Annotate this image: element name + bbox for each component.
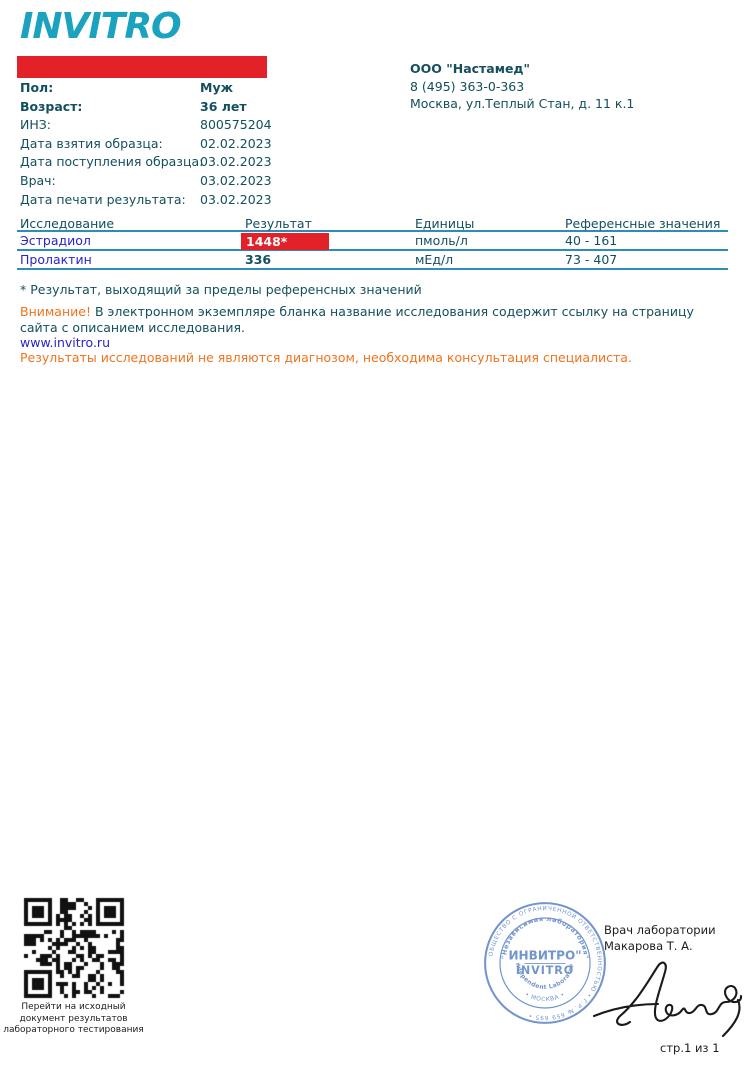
qr-caption-line: лабораторного тестирования (0, 1025, 147, 1037)
page-number: стр.1 из 1 (660, 1041, 720, 1055)
stamp-moscow-text: • МОСКВА • (524, 991, 567, 1003)
units-cell: мЕд/л (415, 252, 453, 267)
patient-row-print-date: Дата печати результата: 03.02.2023 (20, 192, 400, 211)
patient-info: Пол: Муж Возраст: 36 лет ИНЗ: 800575204 … (20, 80, 400, 210)
disclaimer-text: Результаты исследований не являются диаг… (20, 350, 632, 365)
stamp-center-invitro-en: INVITRO (516, 964, 574, 977)
table-header-row: Исследование Результат Единицы Референсн… (17, 215, 728, 232)
doctor-name: Макарова Т. А. (604, 939, 716, 955)
qr-caption: Перейти на исходный документ результатов… (0, 1002, 147, 1037)
reference-cell: 40 - 161 (565, 233, 617, 248)
table-row: Эстрадиол 1448* пмоль/л 40 - 161 (17, 232, 728, 251)
attention-label: Внимание! (20, 304, 91, 319)
qr-code-image (22, 896, 125, 999)
org-info: ООО "Настамед" 8 (495) 363-0-363 Москва,… (410, 60, 634, 113)
doctor-signature (592, 958, 745, 1043)
attention-paragraph: Внимание!В электронном экземпляре бланка… (20, 304, 732, 351)
header-reference: Референсные значения (565, 216, 720, 231)
test-name-link[interactable]: Эстрадиол (20, 233, 91, 248)
doctor-role: Врач лаборатории (604, 923, 716, 939)
result-cell: 336 (245, 252, 271, 267)
invitro-site-link[interactable]: www.invitro.ru (20, 335, 732, 351)
patient-row-inz: ИНЗ: 800575204 (20, 117, 400, 136)
doctor-block: Врач лаборатории Макарова Т. А. (604, 923, 716, 954)
results-table: Исследование Результат Единицы Референсн… (17, 215, 728, 270)
field-value: 03.02.2023 (200, 192, 272, 207)
field-value: 02.02.2023 (200, 136, 272, 151)
field-label: Дата взятия образца: (20, 136, 163, 151)
patient-row-doctor: Врач: 03.02.2023 (20, 173, 400, 192)
field-value: 36 лет (200, 99, 247, 114)
patient-row-age: Возраст: 36 лет (20, 99, 400, 118)
org-phone: 8 (495) 363-0-363 (410, 78, 634, 96)
qr-caption-line: Перейти на исходный (0, 1002, 147, 1014)
field-value: 03.02.2023 (200, 173, 272, 188)
result-out-of-range-badge: 1448* (241, 233, 329, 250)
field-label: Дата печати результата: (20, 192, 186, 207)
field-label: ИНЗ: (20, 117, 51, 132)
org-name: ООО "Настамед" (410, 60, 634, 78)
table-row: Пролактин 336 мЕд/л 73 - 407 (17, 251, 728, 270)
header-result: Результат (245, 216, 312, 231)
field-label: Врач: (20, 173, 56, 188)
patient-row-sample-taken: Дата взятия образца: 02.02.2023 (20, 136, 400, 155)
out-of-range-note: * Результат, выходящий за пределы рефере… (20, 282, 422, 297)
units-cell: пмоль/л (415, 233, 468, 248)
field-value: 03.02.2023 (200, 154, 272, 169)
field-label: Пол: (20, 80, 53, 95)
qr-caption-line: документ результатов (0, 1014, 147, 1026)
org-address: Москва, ул.Теплый Стан, д. 11 к.1 (410, 95, 634, 113)
reference-cell: 73 - 407 (565, 252, 617, 267)
field-label: Дата поступления образца: (20, 154, 203, 169)
test-name-link[interactable]: Пролактин (20, 252, 92, 267)
patient-name-redaction (17, 56, 267, 78)
stamp-center-invitro-ru: ИНВИТРО" (508, 948, 581, 962)
header-test: Исследование (20, 216, 114, 231)
field-value: Муж (200, 80, 233, 95)
patient-row-sample-received: Дата поступления образца: 03.02.2023 (20, 154, 400, 173)
patient-row-sex: Пол: Муж (20, 80, 400, 99)
invitro-logo: INVITRO (20, 6, 181, 47)
stamp-star-right: * (569, 962, 573, 971)
header-units: Единицы (415, 216, 474, 231)
attention-text: В электронном экземпляре бланка название… (20, 304, 694, 335)
field-label: Возраст: (20, 99, 82, 114)
field-value: 800575204 (200, 117, 272, 132)
invitro-round-stamp: ОБЩЕСТВО С ОГРАНИЧЕННОЙ ОТВЕТСТВЕННОСТЬЮ… (480, 898, 610, 1028)
qr-code (22, 896, 125, 1002)
stamp-star-left: * (517, 962, 521, 971)
